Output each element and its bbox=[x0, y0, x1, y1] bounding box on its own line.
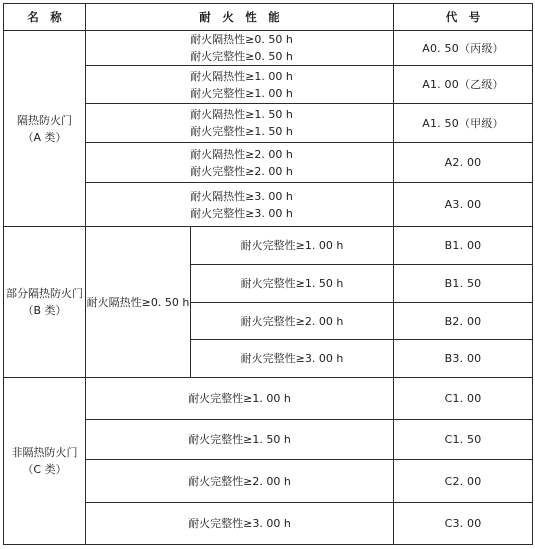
table-row: 非隔热防火门 （C 类） 耐火完整性≥1. 00 h C1. 00 bbox=[4, 378, 533, 420]
performance-cell: 耐火隔热性≥1. 50 h 耐火完整性≥1. 50 h bbox=[86, 104, 394, 143]
code-cell: A0. 50（丙级） bbox=[394, 31, 533, 66]
category-name: 部分隔热防火门 bbox=[4, 285, 85, 302]
category-name: 非隔热防火门 bbox=[4, 444, 85, 461]
performance-lines: 耐火隔热性≥3. 00 h 耐火完整性≥3. 00 h bbox=[190, 188, 293, 222]
code-cell: A3. 00 bbox=[394, 183, 533, 227]
perf-insulation-line: 耐火隔热性≥3. 00 h bbox=[190, 188, 293, 205]
performance-cell: 耐火隔热性≥1. 00 h 耐火完整性≥1. 00 h bbox=[86, 66, 394, 104]
category-cell-a: 隔热防火门 （A 类） bbox=[4, 31, 86, 227]
performance-cell: 耐火隔热性≥0. 50 h 耐火完整性≥0. 50 h bbox=[86, 31, 394, 66]
code-cell: A1. 50（甲级） bbox=[394, 104, 533, 143]
perf-insulation-line: 耐火隔热性≥2. 00 h bbox=[190, 146, 293, 163]
code-cell: B1. 50 bbox=[394, 265, 533, 303]
header-code-cell: 代 号 bbox=[394, 4, 533, 31]
code-cell: A2. 00 bbox=[394, 143, 533, 183]
category-name: 隔热防火门 bbox=[4, 112, 85, 129]
table-row: 部分隔热防火门 （B 类） 耐火隔热性≥0. 50 h 耐火完整性≥1. 00 … bbox=[4, 227, 533, 265]
integrity-cell: 耐火完整性≥1. 50 h bbox=[191, 265, 394, 303]
document-page: 名 称 耐 火 性 能 代 号 隔热防火门 （A 类） 耐火隔热性≥0. 50 … bbox=[0, 0, 535, 549]
perf-insulation-line: 耐火隔热性≥1. 00 h bbox=[190, 68, 293, 85]
code-cell: C1. 00 bbox=[394, 378, 533, 420]
perf-integrity-line: 耐火完整性≥3. 00 h bbox=[190, 205, 293, 222]
perf-insulation-line: 耐火隔热性≥1. 50 h bbox=[190, 106, 293, 123]
code-cell: A1. 00（乙级） bbox=[394, 66, 533, 104]
integrity-cell: 耐火完整性≥2. 00 h bbox=[86, 460, 394, 503]
perf-integrity-line: 耐火完整性≥2. 00 h bbox=[190, 163, 293, 180]
code-cell: C1. 50 bbox=[394, 420, 533, 460]
performance-lines: 耐火隔热性≥1. 50 h 耐火完整性≥1. 50 h bbox=[190, 106, 293, 140]
category-class: （B 类） bbox=[4, 302, 85, 319]
table-header-row: 名 称 耐 火 性 能 代 号 bbox=[4, 4, 533, 31]
performance-lines: 耐火隔热性≥0. 50 h 耐火完整性≥0. 50 h bbox=[190, 31, 293, 65]
code-cell: B2. 00 bbox=[394, 303, 533, 340]
code-cell: C2. 00 bbox=[394, 460, 533, 503]
integrity-cell: 耐火完整性≥1. 00 h bbox=[191, 227, 394, 265]
perf-integrity-line: 耐火完整性≥1. 00 h bbox=[190, 85, 293, 102]
integrity-cell: 耐火完整性≥1. 00 h bbox=[86, 378, 394, 420]
perf-insulation-line: 耐火隔热性≥0. 50 h bbox=[190, 31, 293, 48]
perf-integrity-line: 耐火完整性≥0. 50 h bbox=[190, 48, 293, 65]
integrity-cell: 耐火完整性≥2. 00 h bbox=[191, 303, 394, 340]
integrity-cell: 耐火完整性≥3. 00 h bbox=[191, 340, 394, 378]
header-performance-cell: 耐 火 性 能 bbox=[86, 4, 394, 31]
category-cell-c: 非隔热防火门 （C 类） bbox=[4, 378, 86, 545]
performance-cell: 耐火隔热性≥3. 00 h 耐火完整性≥3. 00 h bbox=[86, 183, 394, 227]
performance-lines: 耐火隔热性≥1. 00 h 耐火完整性≥1. 00 h bbox=[190, 68, 293, 102]
code-cell: B3. 00 bbox=[394, 340, 533, 378]
performance-cell: 耐火隔热性≥2. 00 h 耐火完整性≥2. 00 h bbox=[86, 143, 394, 183]
perf-integrity-line: 耐火完整性≥1. 50 h bbox=[190, 123, 293, 140]
category-class: （C 类） bbox=[4, 461, 85, 478]
table-row: 隔热防火门 （A 类） 耐火隔热性≥0. 50 h 耐火完整性≥0. 50 h … bbox=[4, 31, 533, 66]
shared-insulation-cell: 耐火隔热性≥0. 50 h bbox=[86, 227, 191, 378]
code-cell: B1. 00 bbox=[394, 227, 533, 265]
code-cell: C3. 00 bbox=[394, 503, 533, 545]
category-cell-b: 部分隔热防火门 （B 类） bbox=[4, 227, 86, 378]
performance-lines: 耐火隔热性≥2. 00 h 耐火完整性≥2. 00 h bbox=[190, 146, 293, 180]
integrity-cell: 耐火完整性≥3. 00 h bbox=[86, 503, 394, 545]
integrity-cell: 耐火完整性≥1. 50 h bbox=[86, 420, 394, 460]
fire-door-classification-table: 名 称 耐 火 性 能 代 号 隔热防火门 （A 类） 耐火隔热性≥0. 50 … bbox=[3, 3, 533, 545]
header-name-cell: 名 称 bbox=[4, 4, 86, 31]
category-class: （A 类） bbox=[4, 129, 85, 146]
